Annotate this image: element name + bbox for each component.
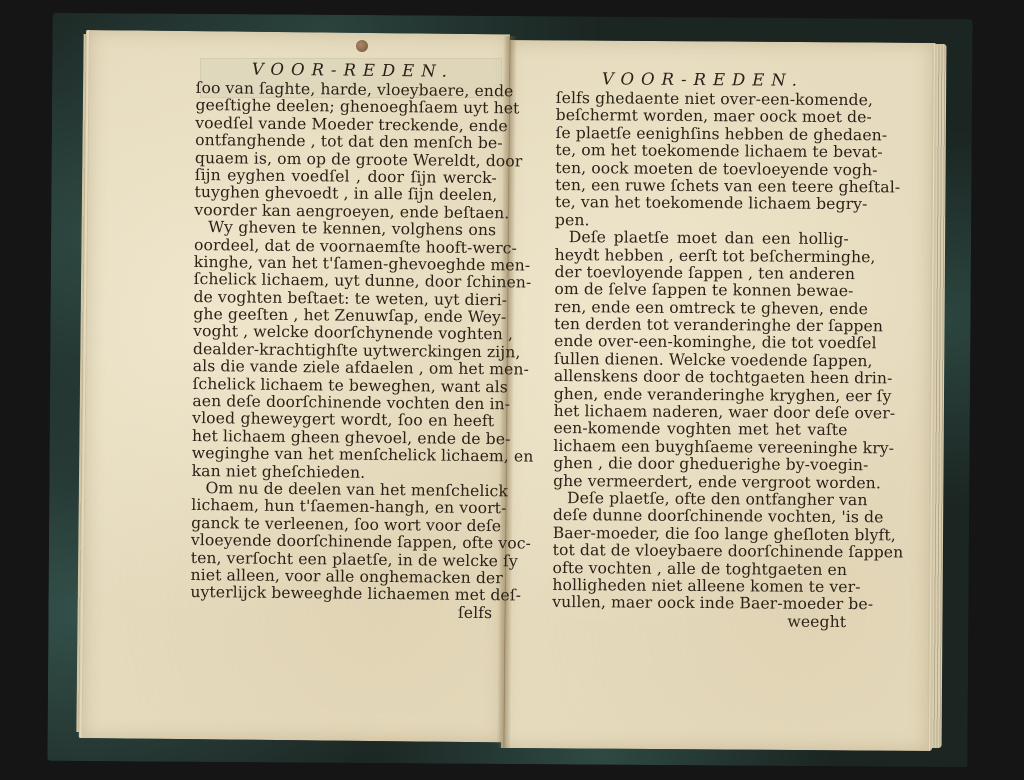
- catchword: ſelfs: [190, 602, 492, 623]
- pin-mark: [356, 40, 368, 52]
- text-line: uyterlijck beweeghde lichaemen met deſ-: [190, 584, 492, 605]
- right-page-text: VOOR-REDEN. ſelfs ghedaente niet over-ee…: [552, 68, 850, 631]
- catchword: weeght: [552, 612, 846, 631]
- text-line: te, van het toekomende lichaem begry-: [555, 194, 849, 213]
- left-page-text: VOOR-REDEN. ſoo van ſaghte, harde, vloey…: [190, 58, 498, 622]
- text-line: vullen, maer oock inde Baer-moeder be-: [552, 594, 846, 613]
